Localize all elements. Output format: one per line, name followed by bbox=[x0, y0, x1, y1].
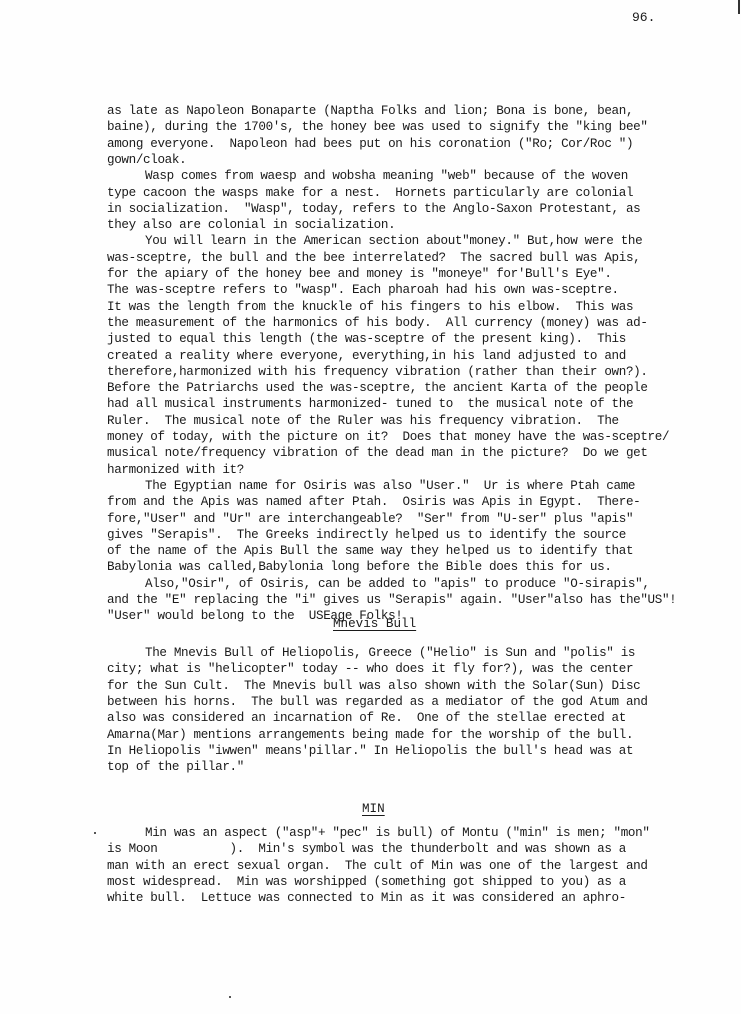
scan-edge-mark bbox=[738, 0, 740, 14]
text-line: In Heliopolis "iwwen" means'pillar." In … bbox=[107, 744, 633, 759]
text-line: Amarna(Mar) mentions arrangements being … bbox=[107, 728, 633, 743]
text-line: between his horns. The bull was regarded… bbox=[107, 695, 648, 710]
text-line: man with an erect sexual organ. The cult… bbox=[107, 859, 648, 874]
text-line: among everyone. Napoleon had bees put on… bbox=[107, 137, 633, 152]
text-line: gives "Serapis". The Greeks indirectly h… bbox=[107, 528, 626, 543]
text-line: for the Sun Cult. The Mnevis bull was al… bbox=[107, 679, 640, 694]
text-line: as late as Napoleon Bonaparte (Naptha Fo… bbox=[107, 104, 633, 119]
text-line: It was the length from the knuckle of hi… bbox=[107, 300, 633, 315]
text-line: they also are colonial in socialization. bbox=[107, 218, 395, 233]
text-line: of the name of the Apis Bull the same wa… bbox=[107, 544, 633, 559]
text-line: from and the Apis was named after Ptah. … bbox=[107, 495, 640, 510]
text-line: money of today, with the picture on it? … bbox=[107, 430, 669, 445]
text-line: the measurement of the harmonics of his … bbox=[107, 316, 648, 331]
text-line: and the "E" replacing the "i" gives us "… bbox=[107, 593, 676, 608]
text-line: was-sceptre, the bull and the bee interr… bbox=[107, 251, 640, 266]
text-line: therefore,harmonized with his frequency … bbox=[107, 365, 648, 380]
text-line: Wasp comes from waesp and wobsha meaning… bbox=[145, 169, 628, 184]
text-line: had all musical instruments harmonized- … bbox=[107, 397, 633, 412]
text-line: musical note/frequency vibration of the … bbox=[107, 446, 648, 461]
text-line: top of the pillar." bbox=[107, 760, 244, 775]
text-line: type cacoon the wasps make for a nest. H… bbox=[107, 186, 633, 201]
text-line: The Mnevis Bull of Heliopolis, Greece ("… bbox=[145, 646, 635, 661]
text-line: baine), during the 1700's, the honey bee… bbox=[107, 120, 648, 135]
document-page: 96. as late as Napoleon Bonaparte (Napth… bbox=[0, 0, 741, 1014]
text-line: white bull. Lettuce was connected to Min… bbox=[107, 891, 626, 906]
text-line: for the apiary of the honey bee and mone… bbox=[107, 267, 612, 282]
text-line: The Egyptian name for Osiris was also "U… bbox=[145, 479, 635, 494]
text-line: gown/cloak. bbox=[107, 153, 186, 168]
margin-dot bbox=[229, 996, 231, 998]
text-line: most widespread. Min was worshipped (som… bbox=[107, 875, 626, 890]
text-line: in socialization. "Wasp", today, refers … bbox=[107, 202, 640, 217]
text-line: You will learn in the American section a… bbox=[145, 234, 642, 249]
text-line: justed to equal this length (the was-sce… bbox=[107, 332, 626, 347]
text-line: Also,"Osir", of Osiris, can be added to … bbox=[145, 577, 650, 592]
text-line: Min was an aspect ("asp"+ "pec" is bull)… bbox=[145, 826, 650, 841]
heading-min: MIN bbox=[362, 802, 385, 816]
text-line: fore,"User" and "Ur" are interchangeable… bbox=[107, 512, 633, 527]
text-line: created a reality where everyone, everyt… bbox=[107, 349, 626, 364]
text-line: is Moon ). Min's symbol was the thunderb… bbox=[107, 842, 626, 857]
page-number: 96. bbox=[632, 10, 655, 25]
text-line: Ruler. The musical note of the Ruler was… bbox=[107, 414, 619, 429]
text-line: also was considered an incarnation of Re… bbox=[107, 711, 626, 726]
text-line: harmonized with it? bbox=[107, 463, 244, 478]
text-line: city; what is "helicopter" today -- who … bbox=[107, 662, 633, 677]
heading-mnevis-bull: Mnevis Bull bbox=[333, 617, 416, 631]
text-line: Babylonia was called,Babylonia long befo… bbox=[107, 560, 612, 575]
margin-dot bbox=[94, 832, 96, 834]
text-line: Before the Patriarchs used the was-scept… bbox=[107, 381, 648, 396]
text-line: The was-sceptre refers to "wasp". Each p… bbox=[107, 283, 619, 298]
